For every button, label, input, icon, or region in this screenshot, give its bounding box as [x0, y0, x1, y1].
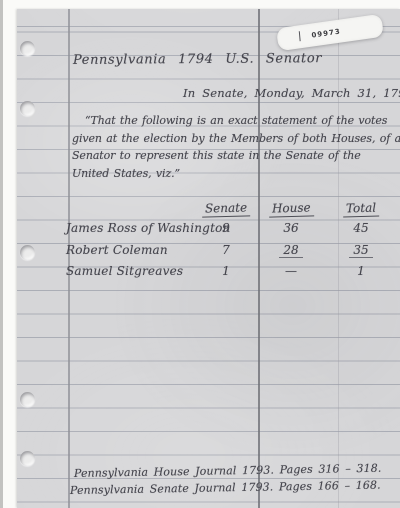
paragraph-line: Senator to represent this state in the S… [72, 147, 400, 165]
sticker-tick-mark [299, 31, 301, 41]
scanner-edge [0, 0, 3, 508]
senate-votes: 7 [196, 243, 256, 257]
table-row: Robert Coleman 7 28 35 [17, 243, 400, 263]
senate-votes: 9 [196, 221, 256, 235]
candidate-name: Samuel Sitgreaves [66, 264, 183, 278]
table-row: James Ross of Washington 9 36 45 [17, 221, 400, 241]
notebook-page: 09973 Pennsylvania 1794 U.S. Senator In … [17, 9, 400, 508]
dateline: In Senate, Monday, March 31, 1794. [183, 86, 400, 100]
table-row: Samuel Sitgreaves 1 — 1 [17, 264, 400, 284]
column-header-total: Total [331, 201, 391, 217]
hole-punch [20, 101, 35, 116]
house-votes: — [261, 264, 321, 278]
paragraph-line: “That the following is an exact statemen… [72, 112, 400, 130]
paragraph-line: given at the election by the Members of … [72, 130, 400, 148]
house-votes: 28 [261, 243, 321, 257]
total-votes: 1 [331, 264, 391, 278]
hole-punch [20, 451, 35, 466]
hole-punch [20, 41, 35, 56]
column-header-house: House [261, 201, 321, 217]
column-header-senate: Senate [196, 201, 256, 217]
citation-house-journal: Pennsylvania House Journal 1793. Pages 3… [74, 462, 382, 480]
senate-votes: 1 [196, 264, 256, 278]
scanned-document: { "sticker": { "number": "09973" }, "tit… [0, 0, 400, 508]
statement-paragraph: “That the following is an exact statemen… [72, 112, 400, 182]
house-votes: 36 [261, 221, 321, 235]
vote-table-header: Senate House Total [17, 201, 400, 221]
archive-number: 09973 [311, 27, 341, 39]
archive-number-sticker: 09973 [276, 14, 384, 52]
total-votes: 35 [331, 243, 391, 257]
paragraph-line: United States, viz.” [72, 165, 400, 183]
hole-punch [20, 392, 35, 407]
citation-senate-journal: Pennsylvania Senate Journal 1793. Pages … [70, 479, 381, 497]
total-votes: 45 [331, 221, 391, 235]
document-title: Pennsylvania 1794 U.S. Senator [73, 51, 322, 68]
candidate-name: Robert Coleman [66, 243, 168, 257]
